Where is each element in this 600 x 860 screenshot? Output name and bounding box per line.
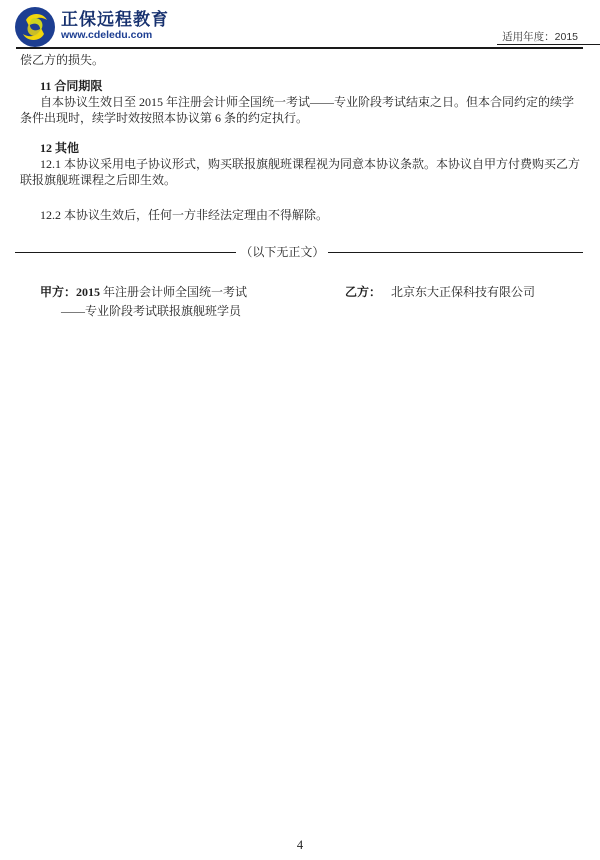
no-further-text-separator: （以下无正文）	[15, 244, 583, 260]
section-11-paragraph-line2: 条件出现时，续学时效按照本协议第 6 条的约定执行。	[20, 110, 586, 126]
brand-logo: 正保远程教育 www.cdeledu.com	[15, 7, 169, 47]
brand-name: 正保远程教育	[61, 10, 169, 29]
separator-line-right	[328, 252, 583, 253]
party-a-line2: ——专业阶段考试联报旗舰班学员	[61, 302, 586, 321]
page-number: 4	[0, 838, 600, 853]
section-12-heading: 12 其他	[40, 140, 586, 156]
separator-label: （以下无正文）	[236, 244, 328, 260]
party-a-year: 2015	[76, 285, 100, 299]
carryover-line: 偿乙方的损失。	[20, 52, 586, 68]
party-b-block: 乙方：北京东大正保科技有限公司	[345, 283, 535, 302]
clause-12-2: 12.2 本协议生效后，任何一方非经法定理由不得解除。	[40, 207, 586, 223]
logo-text-block: 正保远程教育 www.cdeledu.com	[61, 7, 169, 42]
clause-12-1-line2: 联报旗舰班课程之后即生效。	[20, 172, 586, 188]
applicable-year-label: 适用年度：2015	[502, 29, 578, 44]
brand-website: www.cdeledu.com	[61, 29, 169, 42]
header-divider-rule	[16, 47, 583, 49]
party-a-name: 年注册会计师全国统一考试	[100, 285, 247, 299]
section-11-heading: 11 合同期限	[40, 78, 586, 94]
section-11-paragraph-line1: 自本协议生效日至 2015 年注册会计师全国统一考试——专业阶段考试结束之日。但…	[40, 94, 586, 110]
party-a-label: 甲方：	[40, 285, 76, 299]
contract-body: 偿乙方的损失。 11 合同期限 自本协议生效日至 2015 年注册会计师全国统一…	[20, 52, 586, 321]
separator-line-left	[15, 252, 236, 253]
year-underline-rule	[497, 44, 600, 45]
party-b-name: 北京东大正保科技有限公司	[391, 285, 535, 299]
zhengbao-swirl-logo-icon	[15, 7, 55, 47]
party-b-label: 乙方：	[345, 285, 381, 299]
clause-12-1-line1: 12.1 本协议采用电子协议形式，购买联报旗舰班课程视为同意本协议条款。本协议自…	[40, 156, 586, 172]
page-header: 正保远程教育 www.cdeledu.com 适用年度：2015	[0, 0, 600, 50]
signature-parties-block: 甲方：2015 年注册会计师全国统一考试 ——专业阶段考试联报旗舰班学员 乙方：…	[20, 283, 586, 321]
contract-document-page: 正保远程教育 www.cdeledu.com 适用年度：2015 偿乙方的损失。…	[0, 0, 600, 860]
